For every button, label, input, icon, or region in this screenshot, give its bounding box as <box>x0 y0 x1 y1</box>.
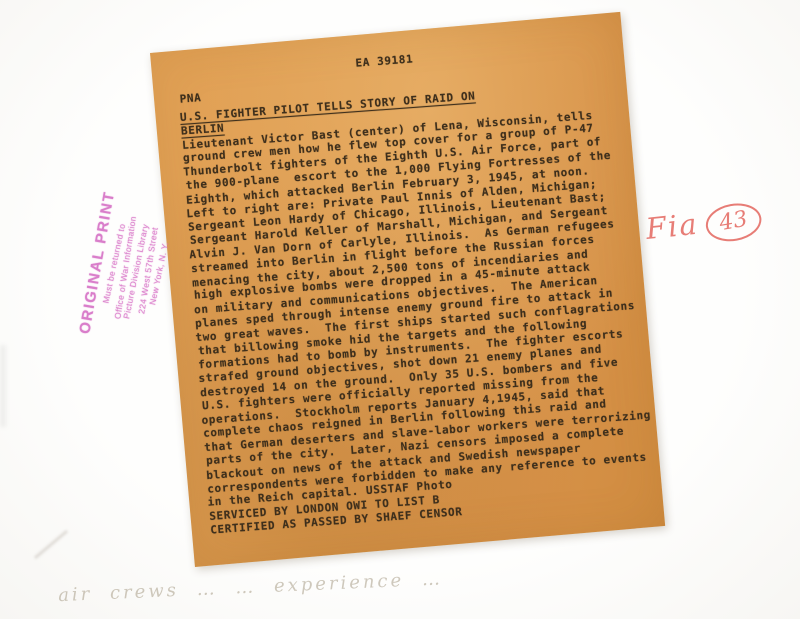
red-annotation-text: Fia <box>644 207 700 246</box>
caption-sheet: EA 39181 PNA U.S. FIGHTER PILOT TELLS ST… <box>150 12 665 567</box>
red-annotation-circled-number: 43 <box>703 199 765 245</box>
library-return-stamp: ORIGINAL PRINTMust be returned toOffice … <box>72 167 181 368</box>
photo-number: EA 39181 <box>355 53 414 71</box>
pencil-annotation: air crews … … experience … <box>58 567 479 606</box>
red-crayon-annotation: Fia 43 <box>644 200 763 252</box>
caption-text-column: U.S. FIGHTER PILOT TELLS STORY OF RAID O… <box>180 78 658 537</box>
typed-caption: EA 39181 PNA U.S. FIGHTER PILOT TELLS ST… <box>169 34 654 556</box>
scanner-smudge <box>0 345 6 427</box>
pencil-smudge <box>34 530 68 559</box>
scanned-photo-caption: EA 39181 PNA U.S. FIGHTER PILOT TELLS ST… <box>0 0 800 619</box>
caption-body: Lieutenant Victor Bast (center) of Lena,… <box>182 105 656 509</box>
agency-code: PNA <box>179 91 202 106</box>
